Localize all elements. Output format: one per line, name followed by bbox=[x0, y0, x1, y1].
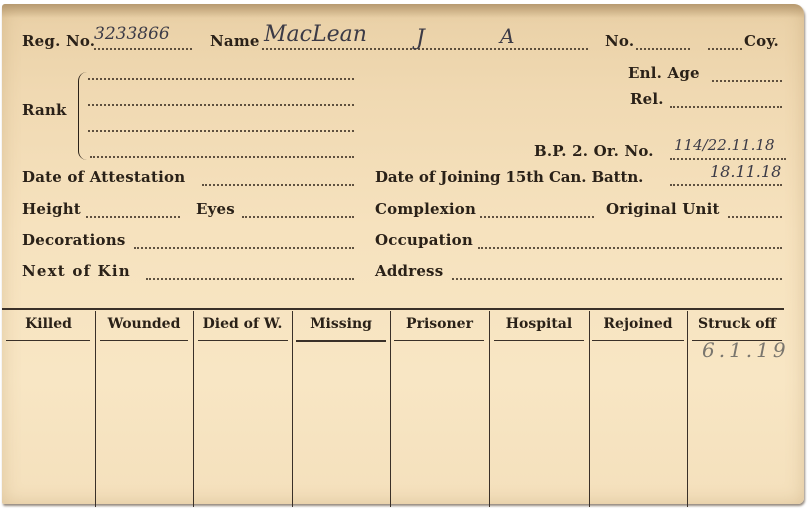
name-surname-value: MacLean bbox=[264, 22, 367, 47]
no-line bbox=[636, 46, 690, 50]
bp2-value: 114/22.11.18 bbox=[674, 136, 774, 154]
complexion-line bbox=[480, 214, 594, 218]
table-top-rule bbox=[2, 308, 784, 310]
column-header-killed: Killed bbox=[2, 316, 95, 332]
struck-off-value: 6.1.19 bbox=[702, 338, 790, 362]
column-header-missing: Missing bbox=[292, 316, 390, 332]
hospital-underline bbox=[494, 340, 584, 341]
column-divider-4 bbox=[390, 311, 391, 507]
next-of-kin-label: Next of Kin bbox=[22, 262, 131, 280]
date-of-joining-label: Date of Joining 15th Can. Battn. bbox=[375, 168, 643, 186]
rel-label: Rel. bbox=[630, 90, 664, 108]
enl-age-label: Enl. Age bbox=[628, 64, 700, 82]
bp2-label: B.P. 2. Or. No. bbox=[534, 142, 654, 160]
rejoined-underline bbox=[592, 340, 684, 341]
reg-no-label: Reg. No. bbox=[22, 32, 95, 50]
missing-underline bbox=[296, 340, 386, 342]
reg-no-value: 3233866 bbox=[94, 24, 170, 44]
original-unit-line bbox=[728, 214, 782, 218]
decorations-label: Decorations bbox=[22, 231, 126, 249]
prisoner-underline bbox=[394, 340, 484, 341]
column-header-wounded: Wounded bbox=[95, 316, 193, 332]
rel-line bbox=[670, 104, 782, 108]
column-divider-5 bbox=[489, 311, 490, 507]
column-header-struck-off: Struck off bbox=[687, 316, 787, 332]
enl-age-line bbox=[712, 78, 782, 82]
occupation-line bbox=[478, 245, 782, 249]
died-underline bbox=[198, 340, 288, 341]
column-divider-7 bbox=[687, 311, 688, 507]
coy-label: Coy. bbox=[744, 32, 779, 50]
rank-line-2 bbox=[88, 102, 354, 106]
height-line bbox=[86, 214, 180, 218]
date-of-joining-line bbox=[670, 182, 782, 186]
name-initial-2-value: A bbox=[500, 24, 514, 48]
column-divider-1 bbox=[95, 311, 96, 507]
rank-line-1 bbox=[88, 76, 354, 80]
column-divider-6 bbox=[589, 311, 590, 507]
reg-no-line bbox=[94, 46, 192, 50]
date-of-attestation-line bbox=[202, 182, 354, 186]
complexion-label: Complexion bbox=[375, 200, 476, 218]
decorations-line bbox=[134, 245, 354, 249]
rank-line-3 bbox=[88, 128, 354, 132]
original-unit-label: Original Unit bbox=[606, 200, 720, 218]
date-of-joining-value: 18.11.18 bbox=[710, 162, 781, 181]
coy-line bbox=[708, 46, 742, 50]
no-label: No. bbox=[605, 32, 634, 50]
column-header-hospital: Hospital bbox=[489, 316, 589, 332]
column-header-died-of-wounds: Died of W. bbox=[193, 316, 292, 332]
name-label: Name bbox=[210, 32, 260, 50]
killed-underline bbox=[6, 340, 90, 341]
eyes-label: Eyes bbox=[196, 200, 235, 218]
column-header-prisoner: Prisoner bbox=[390, 316, 489, 332]
column-header-rejoined: Rejoined bbox=[589, 316, 687, 332]
rank-brace bbox=[78, 72, 87, 160]
next-of-kin-line bbox=[146, 276, 354, 280]
column-divider-3 bbox=[292, 311, 293, 507]
bp2-line bbox=[670, 156, 786, 160]
address-label: Address bbox=[375, 262, 443, 280]
eyes-line bbox=[242, 214, 354, 218]
occupation-label: Occupation bbox=[375, 231, 473, 249]
column-divider-2 bbox=[193, 311, 194, 507]
height-label: Height bbox=[22, 200, 81, 218]
date-of-attestation-label: Date of Attestation bbox=[22, 168, 185, 186]
worn-top-edge bbox=[2, 4, 804, 18]
name-initial-1-value: J bbox=[416, 26, 425, 51]
address-line bbox=[452, 276, 782, 280]
rank-label: Rank bbox=[22, 101, 67, 119]
rank-line-4 bbox=[90, 154, 354, 158]
wounded-underline bbox=[100, 340, 188, 341]
record-card: Reg. No. 3233866 Name MacLean J A No. Co… bbox=[2, 4, 804, 504]
